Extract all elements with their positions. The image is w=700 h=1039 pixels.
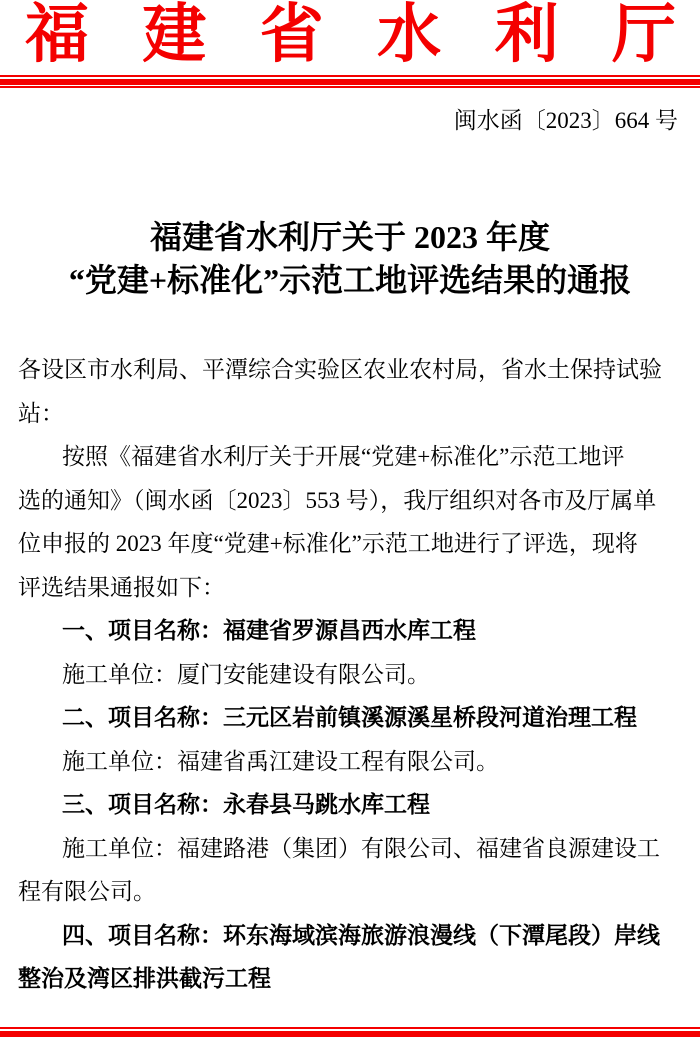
document-title-line2: “党建+标准化”示范工地评选结果的通报 (0, 259, 700, 302)
agency-title-char: 水 (377, 0, 441, 70)
document-page: 福 建 省 水 利 厅 闽水函〔2023〕664 号 福建省水利厅关于 2023… (0, 0, 700, 1039)
body-line: 一、项目名称：福建省罗源昌西水库工程 (18, 609, 688, 653)
letterhead-divider (0, 75, 700, 88)
agency-title: 福 建 省 水 利 厅 (25, 0, 676, 70)
agency-title-char: 福 (25, 0, 89, 70)
body-line: 施工单位：福建省禹江建设工程有限公司。 (18, 740, 688, 784)
body-line: 程有限公司。 (18, 870, 688, 914)
body-line: 施工单位：福建路港（集团）有限公司、福建省良源建设工 (18, 827, 688, 871)
body-line: 位申报的 2023 年度“党建+标准化”示范工地进行了评选，现将 (18, 522, 688, 566)
document-title: 福建省水利厅关于 2023 年度 “党建+标准化”示范工地评选结果的通报 (0, 216, 700, 302)
divider-thin-line-bottom (0, 86, 700, 88)
document-title-line1: 福建省水利厅关于 2023 年度 (0, 216, 700, 259)
footer-divider (0, 1027, 700, 1037)
document-body: 各设区市水利局、平潭综合实验区农业农村局，省水土保持试验 站： 按照《福建省水利… (18, 348, 688, 1001)
body-line: 按照《福建省水利厅关于开展“党建+标准化”示范工地评 (18, 435, 688, 479)
body-line: 三、项目名称：永春县马跳水库工程 (18, 783, 688, 827)
body-line: 整治及湾区排洪截污工程 (18, 957, 688, 1001)
agency-title-char: 建 (142, 0, 206, 70)
body-line: 选的通知》（闽水函〔2023〕553 号），我厅组织对各市及厅属单 (18, 479, 688, 523)
body-line: 站： (18, 392, 688, 436)
body-line: 四、项目名称：环东海域滨海旅游浪漫线（下潭尾段）岸线 (18, 914, 688, 958)
agency-title-char: 利 (495, 0, 559, 70)
body-line: 二、项目名称：三元区岩前镇溪源溪星桥段河道治理工程 (18, 696, 688, 740)
footer-thick-line (0, 1031, 700, 1037)
body-line: 各设区市水利局、平潭综合实验区农业农村局，省水土保持试验 (18, 348, 688, 392)
body-line: 施工单位：厦门安能建设有限公司。 (18, 653, 688, 697)
body-line: 评选结果通报如下： (18, 566, 688, 610)
document-number: 闽水函〔2023〕664 号 (454, 108, 678, 134)
agency-title-char: 厅 (612, 0, 676, 70)
agency-title-char: 省 (260, 0, 324, 70)
